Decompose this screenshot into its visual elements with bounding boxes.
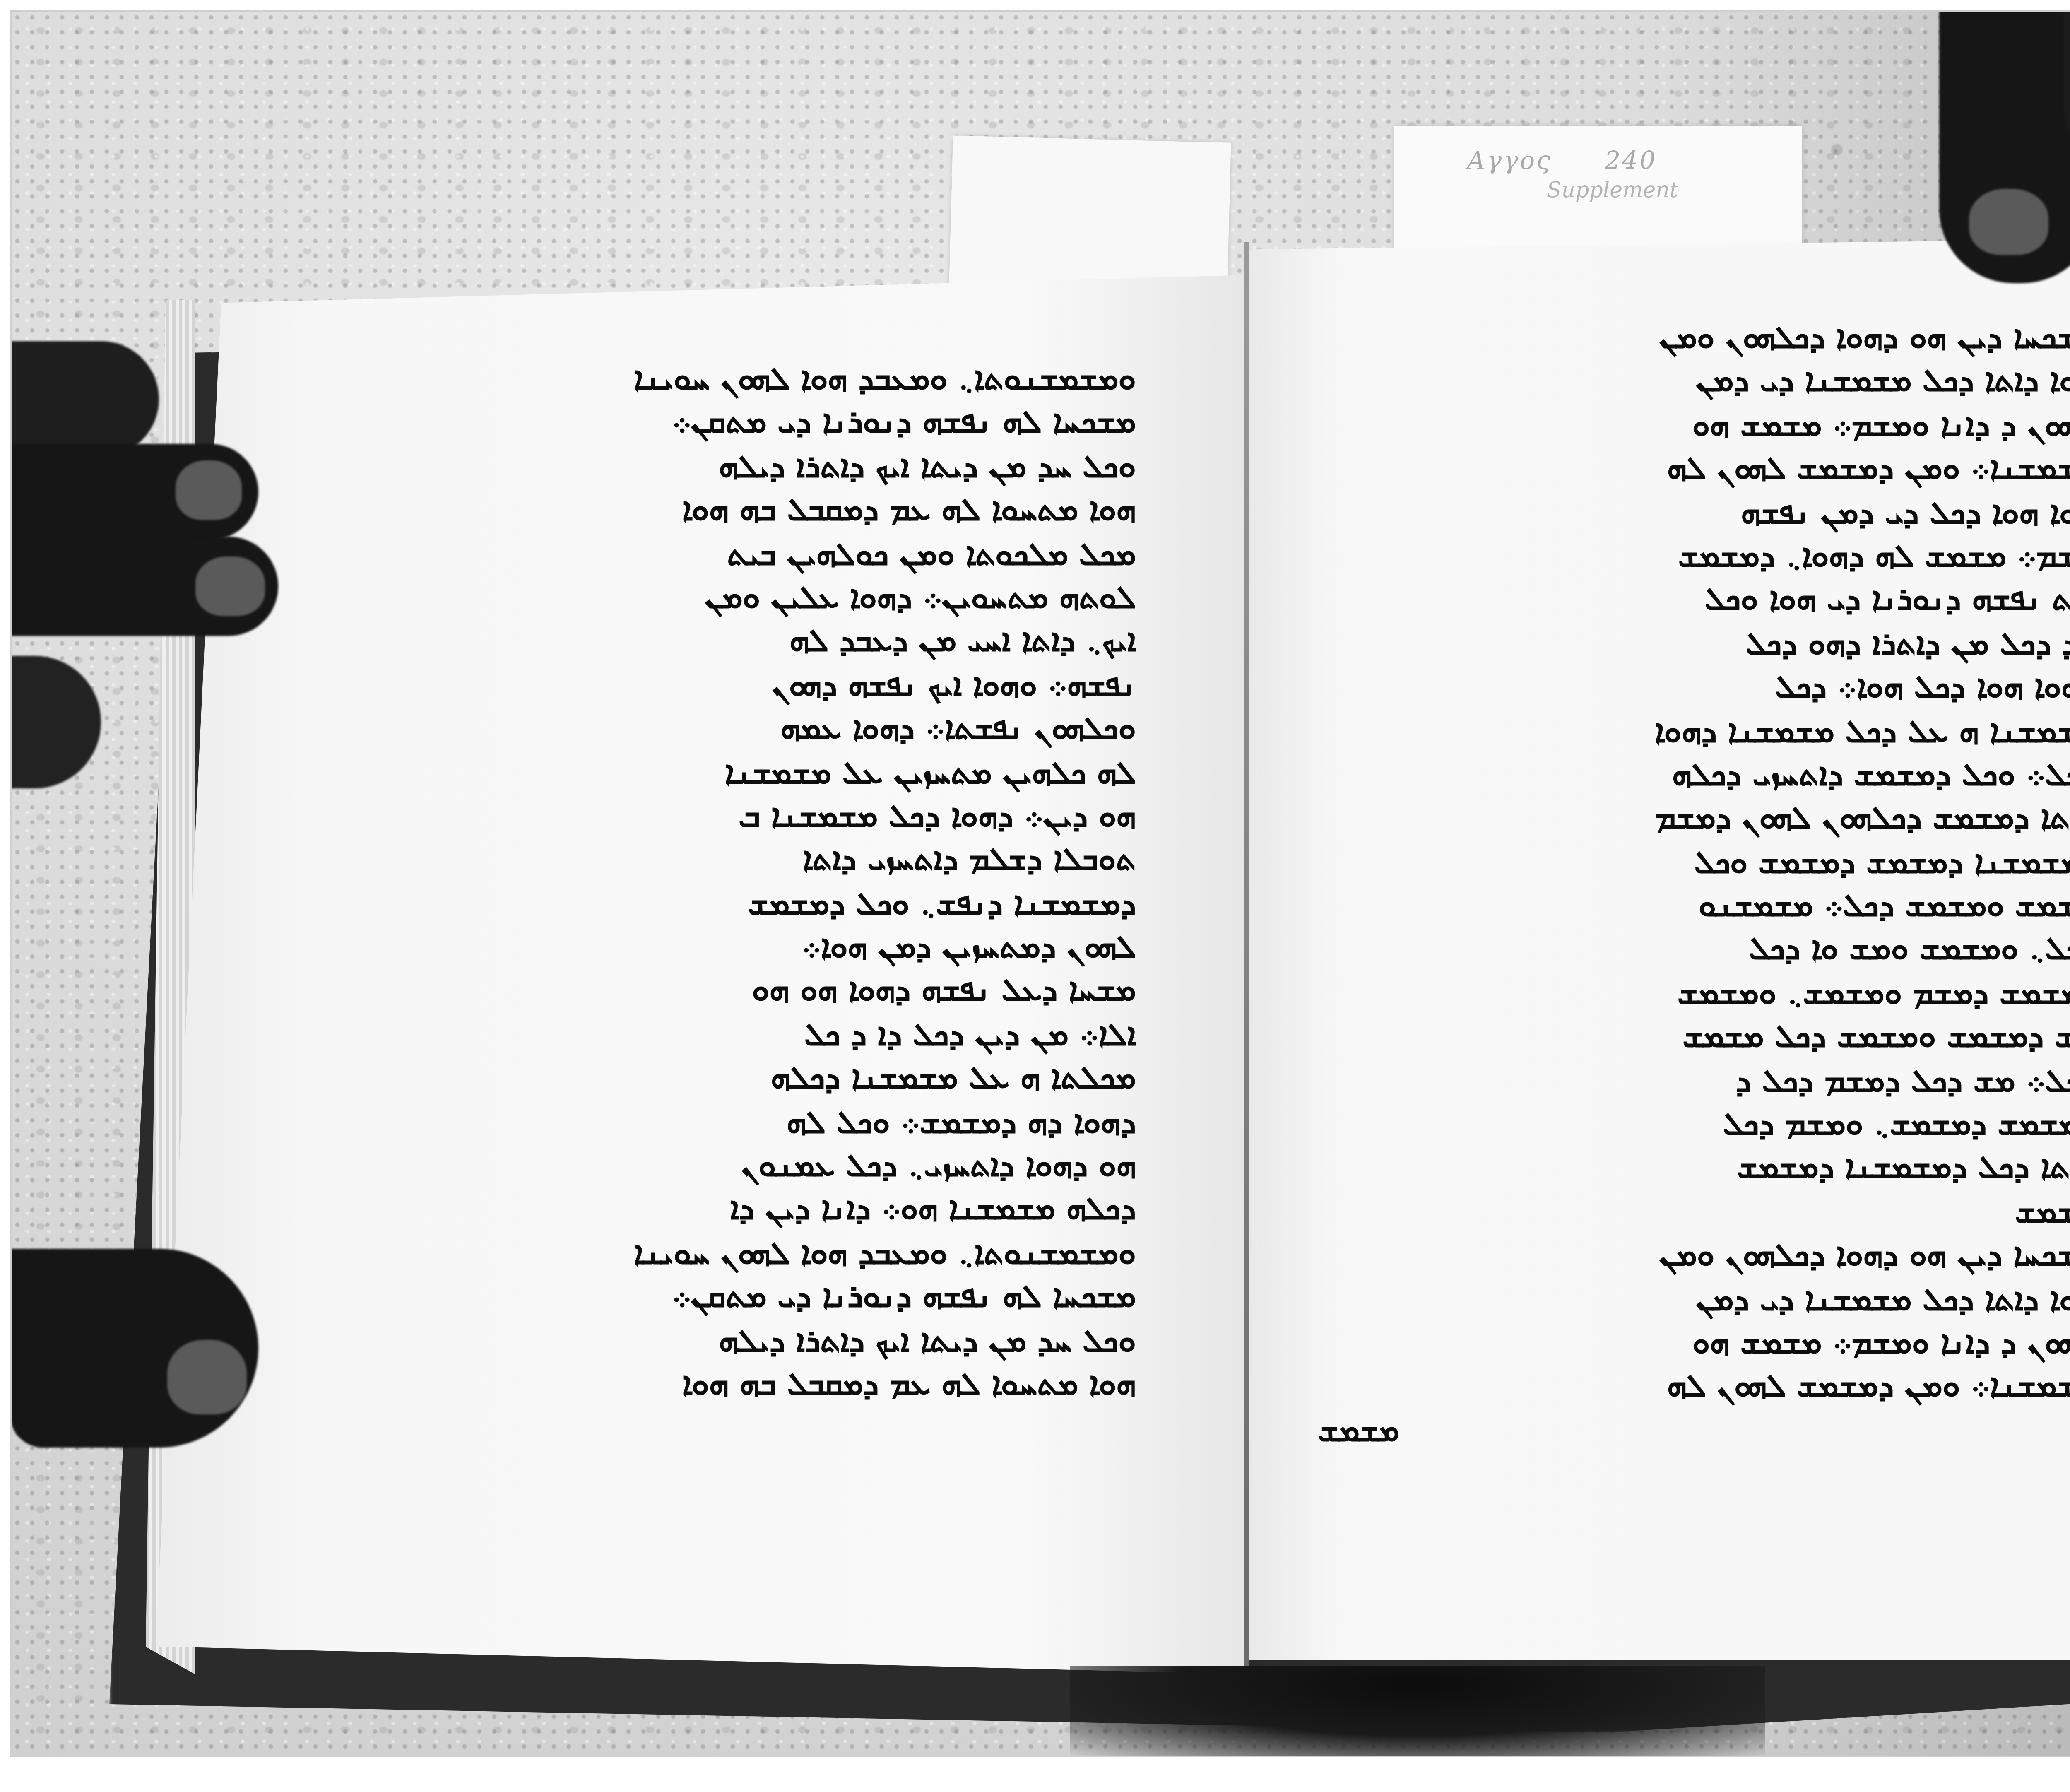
- manuscript-line: ܠܗ ܟܠܗܝܢ ܡܬܚܙܝܢ ܥܠ ܡܫܡܫܢܐ: [358, 751, 1136, 795]
- manuscript-line: ܕܡܫܡܫ ܕܡܫܡ ܘܡܫܡܫ܆ ܘܡܫܡܫ: [1318, 972, 2070, 1016]
- manuscript-line: ܕܡܫܡܫܢܐ ܕܡܫܡܫ ܕܡܫܡܫ ܘܟܠ: [1318, 841, 2070, 885]
- fingernail: [1969, 189, 2048, 255]
- manuscript-line: ܬܘܒܠܐ ܕܫܠܡ ܕܐܬܚܙܝ ܕܐܬܐ: [358, 838, 1136, 882]
- manuscript-line: ܘܟܠܗܘܢ ܢܦܫܬܐ܀ ܕܗܘܐ ܥܡܗ: [358, 708, 1136, 751]
- manuscript-final-word: ܡܫܡܫ: [1318, 1409, 2070, 1453]
- right-hand-finger: [1939, 10, 2070, 283]
- manuscript-line: ܡܫܡܫܢܐ܀ ܘܡܢ ܕܡܫܡܫ ܠܗܘܢ ܠܗ: [1318, 1366, 2070, 1409]
- manuscript-line: ܘܡܫܡܫܢܘܬܐ܆ ܘܡܥܒܕ ܗܘܐ ܠܗܘܢ ܚܘܝܢܐ: [358, 1232, 1136, 1276]
- manuscript-line: ܡܫܟܚܐ ܠܗ ܢܦܫܗ ܕܢܘܪܢܐ ܕܝ ܡܬܩܢ܀: [358, 402, 1136, 446]
- left-hand-finger: [10, 341, 159, 457]
- manuscript-line: ܠܗܘܢ ܕ ܕܐܢܐ ܘܡܫܡ܀ ܡܫܡܫ ܗܘ: [1318, 1322, 2070, 1366]
- manuscript-line: ܡܫܟܚܐ ܕܝܢ ܗܘ ܕܗܘܐ ܕܟܠܗܘܢ ܘܡܢ: [1318, 316, 2070, 360]
- manuscript-line: ܗܘ ܕܝܢ܀ ܕܗܘܐ ܕܟܠ ܡܫܡܫܢܐ ܒ: [358, 795, 1136, 839]
- manuscript-line: ܡܫ ܕܡܫܡܫ ܘܡܫܡܫ ܕܟܠ ܡܫܡܫ: [1318, 1016, 2070, 1060]
- manuscript-line: ܕܟܠ܆ ܘܡܫܡܫ ܘܡܫ ܘܐ ܕܟܠ: [1318, 928, 2070, 972]
- manuscript-line: ܘܡܫܡܫܢܘܬܐ܆ ܘܡܥܒܕ ܗܘܐ ܠܗܘܢ ܚܘܝܢܐ: [358, 358, 1136, 402]
- fingernail: [176, 460, 242, 520]
- right-page-text: ܡܫܟܚܐ ܕܝܢ ܗܘ ܕܗܘܐ ܕܟܠܗܘܢ ܘܡܢܗܘܐ ܕܐܬܐ ܕܟܠ…: [1318, 316, 2070, 1453]
- manuscript-line: ܕܡܫܡܫܢܐ ܕܢܦܫ܆ ܘܟܠ ܕܡܫܡܫ: [358, 882, 1136, 926]
- photograph: Αγγος 240 Supplement ܒ ܘܡܫܡܫܢܘܬܐ܆ ܘܡܥܒܕ …: [0, 0, 2070, 1792]
- manuscript-line: ܕܟܠ܀ ܡܫ ܕܟܠ ܕܡܫܡ ܕܟܠ ܕ: [1318, 1060, 2070, 1103]
- manuscript-line: ܕܗܘܐ ܕܗ ܕܡܫܡܫ܀ ܘܟܠ ܠܗ: [358, 1101, 1136, 1145]
- label-number: 240: [1605, 146, 1657, 176]
- manuscript-line: ܕܗܘܐ ܗܘܐ ܕܟܠ ܗܘܐ܀ ܕܟܠ: [1318, 666, 2070, 710]
- left-hand-finger: [10, 444, 258, 540]
- left-hand-finger: [10, 537, 278, 636]
- manuscript-line: ܡܟܠܬܐ ܗ ܥܠ ܡܫܡܫܢܐ ܕܟܠܗ: [358, 1057, 1136, 1101]
- manuscript-line: ܡܫܟܚܐ ܠܗ ܢܦܫܗ ܕܢܘܪܢܐ ܕܝ ܡܬܩܢ܀: [358, 1276, 1136, 1320]
- spine-shadow: [1070, 1666, 1765, 1757]
- manuscript-line: ܡܫܡܫ ܘܡܫܡܫ ܕܟܠ܀ ܡܫܡܫܢܘ: [1318, 884, 2070, 928]
- manuscript-line: ܡܫܚܐ ܕܥܠ ܢܦܫܗ ܕܗܘܐ ܗܘ ܗܘ: [358, 970, 1136, 1014]
- manuscript-line: ܗܘܐ ܕܐܬܐ ܕܟܠ ܡܫܡܫܢܐ ܕܝ ܕܡܢ: [1318, 1278, 2070, 1322]
- manuscript-line: ܕܐܬ ܢܦܫܗ ܕܢܘܪܢܐ ܕܝ ܗܘܐ ܘܟܠ: [1318, 578, 2070, 622]
- manuscript-line: ܗܘܐ ܗܘܐ ܕܟܠ ܕܝ ܕܡܢ ܢܦܫܗ: [1318, 491, 2070, 535]
- manuscript-line: ܢܦܫܗ܀ ܘܗܘܐ ܐܝܟ ܢܦܫܗ ܕܗܘܢ: [358, 664, 1136, 708]
- manuscript-line: ܗܘ ܕܗܘܐ ܕܐܬܚܙܝ܆ ܕܟܠ ܥܡܢܘܢ: [358, 1144, 1136, 1188]
- manuscript-line: ܡܫܟܚܐ ܕܝܢ ܗܘ ܕܗܘܐ ܕܟܠܗܘܢ ܘܡܢ: [1318, 1234, 2070, 1278]
- manuscript-line: ܗܘܐ ܕܐܬܐ ܕܟܠ ܡܫܡܫܢܐ ܕܝ ܕܡܢ: [1318, 360, 2070, 404]
- manuscript-line: ܘܡܫܡܫ ܕܡܫܡܫ܆ ܘܡܫܡ ܕܟܠ: [1318, 1103, 2070, 1147]
- label-word: Αγγος: [1467, 146, 1552, 176]
- book-gutter: [1244, 242, 1249, 1683]
- manuscript-line: ܐܠܐ܀ ܡܢ ܕܝܢ ܕܟܠ ܕܐ ܕ ܟܠ: [358, 1013, 1136, 1057]
- manuscript-line: ܡܫܡܫܢܐ ܗ ܥܠ ܕܟܠ ܡܫܡܫܢܐ ܕܗܘܐ: [1318, 710, 2070, 754]
- manuscript-line: ܗܘܐ ܡܬܚܘܐ ܠܗ ܥܡ ܕܡܩܒܠ ܒܗ ܗܘܐ: [358, 489, 1136, 533]
- fingernail: [167, 1340, 247, 1414]
- label-line-1: Αγγος 240: [1467, 146, 1657, 176]
- left-page-text: ܘܡܫܡܫܢܘܬܐ܆ ܘܡܥܒܕ ܗܘܐ ܠܗܘܢ ܚܘܝܢܐܡܫܟܚܐ ܠܗ …: [358, 358, 1136, 1407]
- label-line-2: Supplement: [1547, 179, 1678, 204]
- manuscript-line: ܗܘܐ ܡܬܚܘܐ ܠܗ ܥܡ ܕܡܩܒܠ ܒܗ ܗܘܐ: [358, 1363, 1136, 1407]
- manuscript-line: ܠܗܘܢ ܕܡܬܚܙܝܢ ܕܡܢ ܗܘܐ܀: [358, 926, 1136, 970]
- manuscript-line: ܡܫܡܫܢܐ܀ ܘܡܢ ܕܡܫܡܫ ܠܗܘܢ ܠܗ: [1318, 448, 2070, 491]
- manuscript-line: ܡܟܠ ܡܠܟܘܬܐ ܘܡܢ ܟܘܠܗܝܢ ܒܝܬ: [358, 532, 1136, 576]
- manuscript-line: ܕܟܠ܀ ܘܟܠ ܕܡܫܡܫ ܕܐܬܚܙܝ ܕܟܠܗ: [1318, 754, 2070, 797]
- photo-area: Αγγος 240 Supplement ܒ ܘܡܫܡܫܢܘܬܐ܆ ܘܡܥܒܕ …: [10, 10, 2070, 1757]
- manuscript-line: ܡܫܡܫ: [1318, 1190, 2070, 1234]
- manuscript-line: ܠܘܬܗ ܡܬܚܘܝܢ܀ ܕܗܘܐ ܥܠܝܢ ܘܡܢ: [358, 576, 1136, 620]
- manuscript-line: ܠܗܘܢ ܕ ܕܐܢܐ ܘܡܫܡ܀ ܡܫܡܫ ܗܘ: [1318, 404, 2070, 448]
- manuscript-line: ܘܐܬܐ ܕܟܠ ܕܡܫܡܫܢܐ ܕܡܫܡܫ: [1318, 1147, 2070, 1191]
- manuscript-line: ܘܟܠ ܚܕ ܡܢ ܕܝܬܐ ܐܝܟ ܕܐܬܪܐ ܕܝܠܗ: [358, 1319, 1136, 1363]
- manuscript-line: ܘܐܬܐ ܕܡܫܡܫ ܕܟܠܗܘܢ ܠܗܘܢ ܕܡܫܡ: [1318, 797, 2070, 841]
- fingernail: [195, 556, 265, 616]
- manuscript-line: ܡܫܡ܀ ܡܫܡܫ ܠܗ ܕܗܘܐ܆ ܕܡܫܡܫ: [1318, 535, 2070, 579]
- manuscript-line: ܕܟܠܗ ܡܫܡܫܢܐ ܗܘ܀ ܕܐܢܐ ܕܝܢ ܕܐ: [358, 1188, 1136, 1232]
- manuscript-line: ܐܝܟ܆ ܕܐܬܐ ܐܚܝ ܡܢ ܕܥܒܕ ܠܗ: [358, 620, 1136, 664]
- manuscript-line: ܘܟܠ ܚܕ ܡܢ ܕܝܬܐ ܐܝܟ ܕܐܬܪܐ ܕܝܠܗ: [358, 445, 1136, 489]
- left-hand-thumb: [10, 1249, 258, 1448]
- manuscript-line: ܚܕ ܕܟܠ ܡܢ ܕܐܬܪܐ ܕܗܘ ܕܟܠ: [1318, 622, 2070, 666]
